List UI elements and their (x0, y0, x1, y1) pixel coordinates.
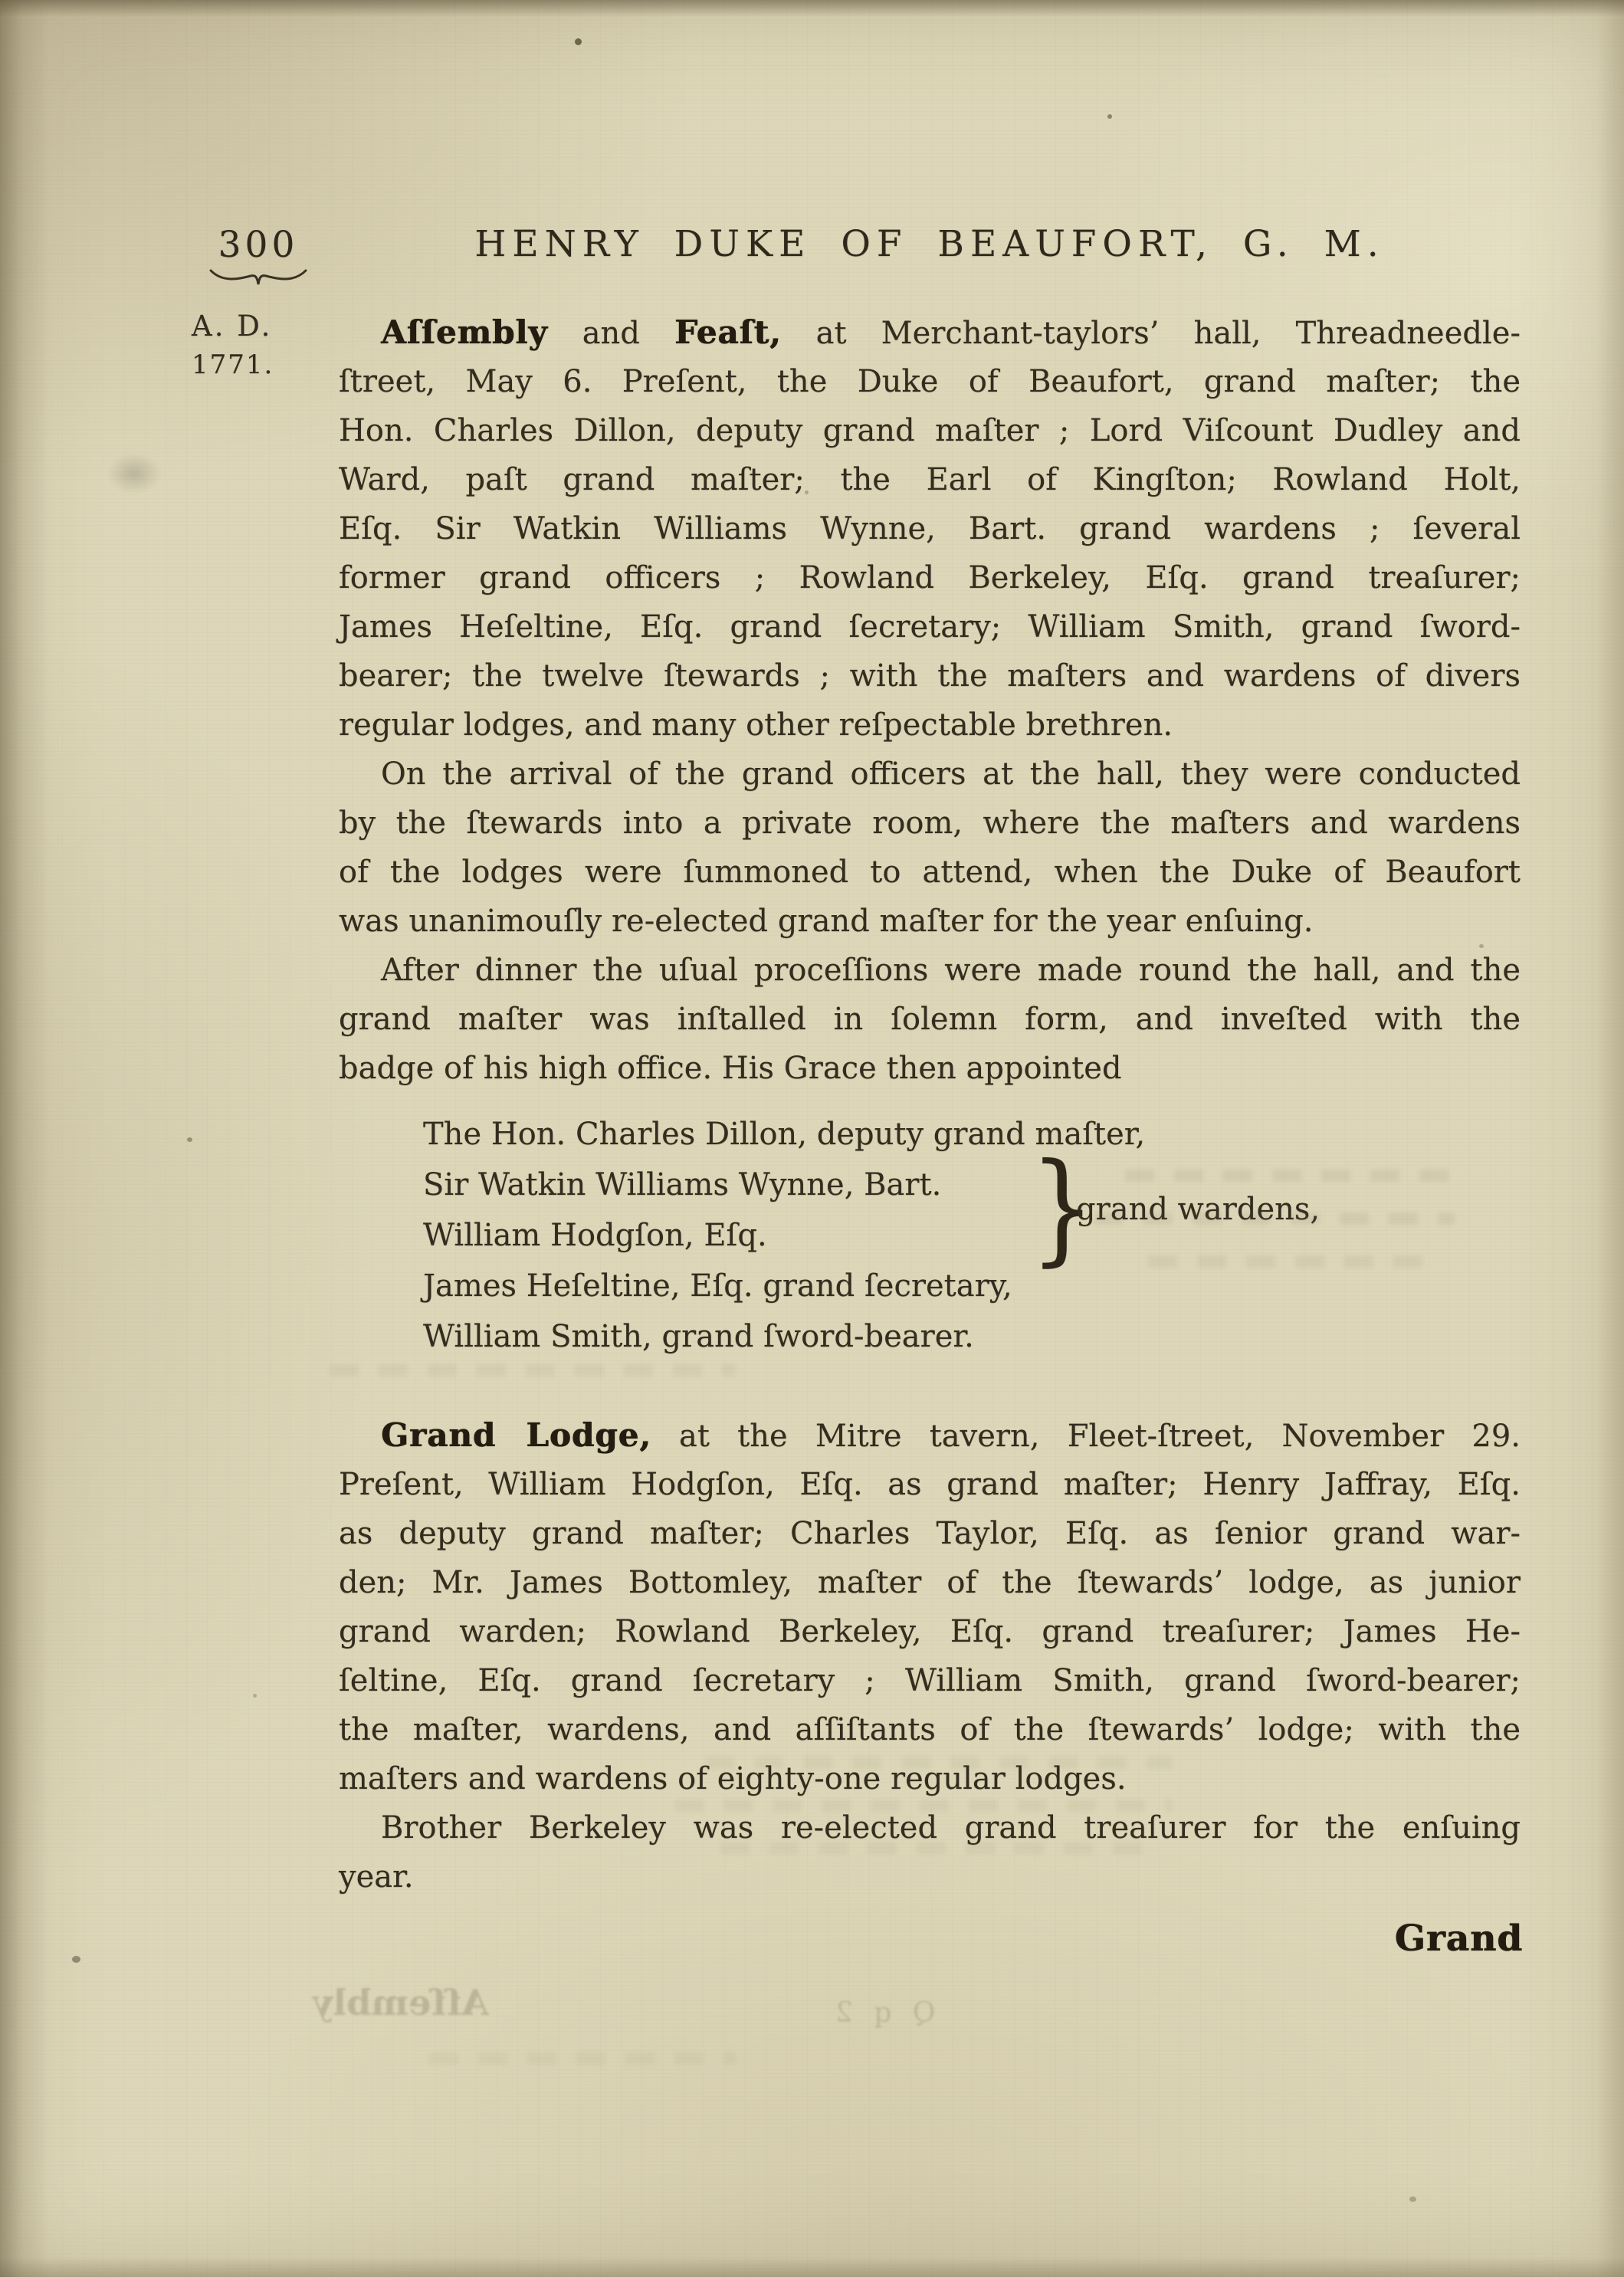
text-line: former grand officers ; Rowland Berkeley… (339, 553, 1521, 602)
book-page-scan: 300 HENRY DUKE OF BEAUFORT, G. M. A. D. … (0, 0, 1624, 2277)
ink-speck (253, 1694, 257, 1698)
blackletter-text: Feaſt, (674, 313, 782, 351)
roman-text: On the arrival of the grand officers at … (381, 756, 1521, 792)
roman-text: After dinner the uſual proceſſions were … (381, 953, 1521, 988)
paragraph-after-dinner: After dinner the uſual proceſſions were … (339, 946, 1521, 1093)
paragraph-arrival-of-grand-officers: On the arrival of the grand officers at … (339, 750, 1521, 946)
ink-speck (805, 491, 809, 494)
roman-text: Brother Berkeley was re-elected grand tr… (381, 1810, 1521, 1846)
roman-text: regular lodges, and many other reſpectab… (339, 707, 1173, 743)
roman-text: James Heſeltine, Eſq. grand ſecretary; W… (339, 609, 1521, 645)
appointment-line-deputy-grand-master: The Hon. Charles Dillon, deputy grand ma… (339, 1109, 1521, 1160)
ink-speck (1409, 2197, 1416, 2202)
text-line: Aſſembly and Feaſt, at Merchant-taylors’… (339, 308, 1521, 357)
ink-speck (187, 1137, 192, 1142)
pencil-smudge (107, 454, 161, 494)
text-line: was unanimouſly re-elected grand maſter … (339, 897, 1521, 946)
marginal-date-year: 1771. (192, 349, 274, 380)
text-line: James Heſeltine, Eſq. grand ſecretary; W… (339, 602, 1521, 651)
roman-text: grand maſter was inſtalled in ſolemn for… (339, 1002, 1521, 1037)
catchword: Grand (1395, 1918, 1523, 1960)
bleed-through-smudge (330, 1364, 736, 1376)
bleed-through-smudge (720, 1842, 1150, 1855)
ink-speck (1107, 114, 1112, 119)
roman-text: ſeltine, Eſq. grand ſecretary ; William … (339, 1663, 1521, 1698)
text-line: Ward, paſt grand maſter; the Earl of Kin… (339, 455, 1521, 504)
text-line: bearer; the twelve ſtewards ; with the m… (339, 651, 1521, 700)
ink-speck (575, 38, 582, 45)
page-number-block: 300 (201, 224, 316, 289)
text-line: badge of his high office. His Grace then… (339, 1044, 1521, 1093)
text-line: of the lodges were ſummoned to attend, w… (339, 848, 1521, 897)
roman-text: the maſter, wardens, and aſſiſtants of t… (339, 1712, 1521, 1747)
text-line: the maſter, wardens, and aſſiſtants of t… (339, 1705, 1521, 1754)
text-line: as deputy grand maſter; Charles Taylor, … (339, 1509, 1521, 1558)
text-line: by the ſtewards into a private room, whe… (339, 799, 1521, 848)
text-line: grand warden; Rowland Berkeley, Eſq. gra… (339, 1607, 1521, 1656)
text-line: den; Mr. James Bottomley, maſter of the … (339, 1558, 1521, 1607)
roman-text: ſtreet, May 6. Preſent, the Duke of Beau… (339, 364, 1521, 399)
text-line: Preſent, William Hodgſon, Eſq. as grand … (339, 1460, 1521, 1509)
text-line: Grand Lodge, at the Mitre tavern, Fleet-… (339, 1411, 1521, 1460)
page-number-flourish-icon (208, 266, 309, 289)
page-edge-shadow-left (0, 0, 49, 2277)
roman-text: at the Mitre tavern, Fleet-ſtreet, Novem… (651, 1419, 1521, 1454)
text-column: Aſſembly and Feaſt, at Merchant-taylors’… (339, 0, 1521, 2277)
page-edge-highlight-right (1596, 0, 1624, 2277)
marginal-date-note: A. D. 1771. (192, 310, 274, 380)
bleed-through-smudge (705, 1757, 1173, 1769)
ink-speck (1479, 944, 1484, 948)
text-line: ſeltine, Eſq. grand ſecretary ; William … (339, 1656, 1521, 1705)
text-line: grand maſter was inſtalled in ſolemn for… (339, 995, 1521, 1044)
roman-text: former grand officers ; Rowland Berkeley… (339, 560, 1521, 595)
bleed-through-smudge (1094, 1212, 1455, 1225)
bleed-through-smudge (1148, 1255, 1424, 1268)
page-number: 300 (201, 224, 316, 266)
roman-text: by the ſtewards into a private room, whe… (339, 805, 1521, 841)
roman-text: grand warden; Rowland Berkeley, Eſq. gra… (339, 1614, 1521, 1649)
text-line: On the arrival of the grand officers at … (339, 750, 1521, 799)
roman-text: of the lodges were ſummoned to attend, w… (339, 855, 1521, 890)
roman-text: as deputy grand maſter; Charles Taylor, … (339, 1516, 1521, 1551)
paragraph-assembly-and-feast: Aſſembly and Feaſt, at Merchant-taylors’… (339, 308, 1521, 750)
roman-text: bearer; the twelve ſtewards ; with the m… (339, 658, 1521, 694)
appointment-line-sword-bearer: William Smith, grand ſword-bearer. (339, 1311, 1521, 1362)
text-line: Eſq. Sir Watkin Williams Wynne, Bart. gr… (339, 504, 1521, 553)
roman-text: Ward, paſt grand maſter; the Earl of Kin… (339, 462, 1521, 497)
roman-text: Eſq. Sir Watkin Williams Wynne, Bart. gr… (339, 511, 1521, 546)
text-line: regular lodges, and many other reſpectab… (339, 700, 1521, 750)
roman-text: year. (339, 1859, 414, 1895)
appointment-line-grand-secretary: James Heſeltine, Eſq. grand ſecretary, (339, 1261, 1521, 1311)
bleed-through-text: Aſſembly (313, 1982, 489, 2023)
appointment-line-senior-warden: Sir Watkin Williams Wynne, Bart. (339, 1160, 1521, 1210)
bleed-through-smudge (674, 1800, 1173, 1812)
text-line: year. (339, 1852, 1521, 1901)
roman-text: Preſent, William Hodgſon, Eſq. as grand … (339, 1467, 1521, 1502)
bleed-through-smudge (1125, 1170, 1455, 1182)
marginal-date-ad: A. D. (192, 310, 274, 343)
roman-text: at Merchant-taylors’ hall, Threadneedle- (782, 316, 1521, 351)
blackletter-text: Grand Lodge, (381, 1416, 651, 1454)
roman-text: den; Mr. James Bottomley, maſter of the … (339, 1565, 1521, 1600)
roman-text: was unanimouſly re-elected grand maſter … (339, 904, 1313, 939)
roman-text: badge of his high office. His Grace then… (339, 1051, 1122, 1086)
roman-text: Hon. Charles Dillon, deputy grand maſter… (339, 413, 1521, 448)
bleed-through-signature-mark: Q q 2 (829, 1997, 935, 2029)
blackletter-text: Aſſembly (381, 313, 548, 351)
text-line: Hon. Charles Dillon, deputy grand maſter… (339, 406, 1521, 455)
text-line: After dinner the uſual proceſſions were … (339, 946, 1521, 995)
text-line: ſtreet, May 6. Preſent, the Duke of Beau… (339, 357, 1521, 406)
appointments-list: The Hon. Charles Dillon, deputy grand ma… (339, 1109, 1521, 1362)
paragraph-grand-lodge-mitre-tavern: Grand Lodge, at the Mitre tavern, Fleet-… (339, 1411, 1521, 1803)
bleed-through-smudge (429, 2052, 736, 2065)
ink-speck (72, 1956, 80, 1963)
roman-text: and (548, 316, 674, 351)
